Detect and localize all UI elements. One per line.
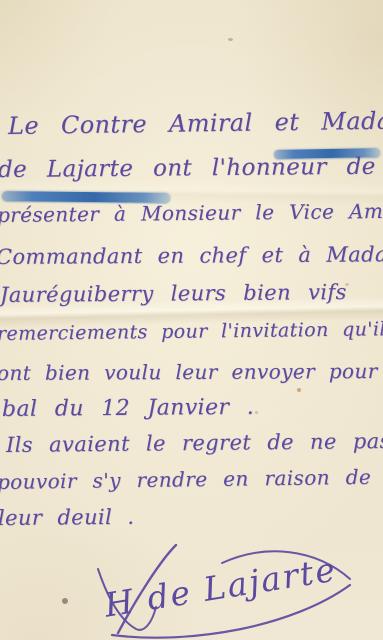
paper-speck	[255, 411, 258, 414]
letter-line-5: Jauréguiberry leurs bien vifs	[0, 280, 347, 307]
signature: H de Lajarte	[0, 533, 383, 640]
letter-line-2: de Lajarte ont l'honneur de	[0, 154, 376, 183]
handwritten-letter-photo: Le Contre Amiral et Madame de Lajarte on…	[0, 0, 383, 640]
letter-line-4: Commandant en chef et à Madame	[0, 242, 383, 269]
paper-speck	[297, 388, 301, 392]
signature-text: H de Lajarte	[101, 549, 340, 624]
letter-line-3: présenter à Monsieur le Vice Amiral	[0, 199, 383, 227]
letter-line-6: remerciements pour l'invitation qu'ils	[0, 318, 383, 345]
letter-line-7: ont bien voulu leur envoyer pour le	[0, 359, 383, 385]
letter-line-1: Le Contre Amiral et Madame	[8, 106, 383, 140]
paper-speck	[228, 38, 233, 41]
signature-flourish-svg: H de Lajarte	[0, 533, 383, 640]
letter-line-8: bal du 12 Janvier .	[2, 395, 254, 422]
letter-line-10: pouvoir s'y rendre en raison de	[0, 465, 371, 494]
letter-line-9: Ils avaient le regret de ne pas	[6, 429, 383, 457]
letter-line-11: leur deuil .	[0, 505, 134, 530]
